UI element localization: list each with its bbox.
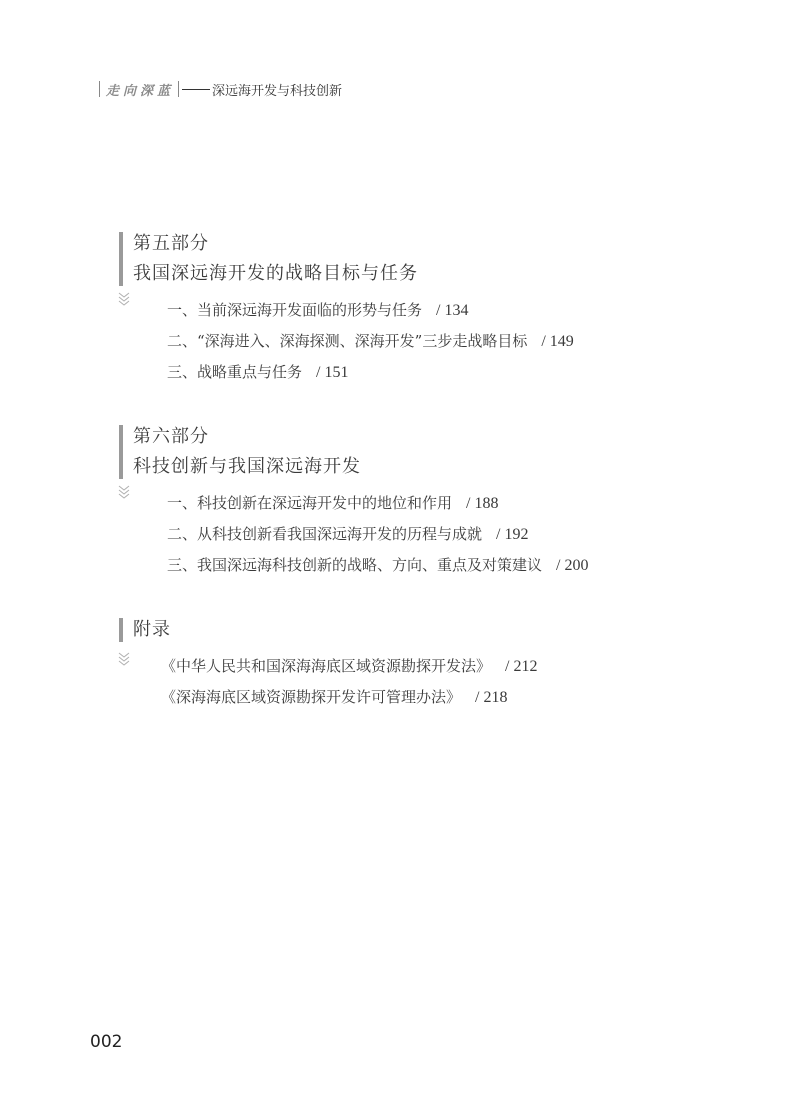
section-marker-bar bbox=[119, 232, 123, 286]
part-title: 我国深远海开发的战略目标与任务 bbox=[133, 259, 574, 289]
toc-entry[interactable]: 《中华人民共和国深海海底区域资源勘探开发法》/ 212 bbox=[161, 651, 537, 682]
header-dash bbox=[182, 89, 210, 90]
entry-page: / 151 bbox=[316, 364, 348, 381]
section-marker-bar bbox=[119, 425, 123, 479]
entry-page: / 200 bbox=[556, 557, 588, 574]
part-label: 附录 bbox=[133, 615, 537, 645]
entry-title: 一、当前深远海开发面临的形势与任务 bbox=[167, 301, 422, 319]
toc-entry[interactable]: 一、科技创新在深远海开发中的地位和作用/ 188 bbox=[167, 488, 588, 519]
section-heading: 第五部分 我国深远海开发的战略目标与任务 bbox=[119, 229, 574, 289]
toc-entry[interactable]: 一、当前深远海开发面临的形势与任务/ 134 bbox=[167, 295, 574, 326]
entry-title: 二、从科技创新看我国深远海开发的历程与成就 bbox=[167, 525, 482, 543]
entry-page: / 188 bbox=[466, 495, 498, 512]
part-title: 科技创新与我国深远海开发 bbox=[133, 452, 588, 482]
entry-page: / 192 bbox=[496, 526, 528, 543]
part-label: 第六部分 bbox=[133, 422, 588, 452]
toc-entries: 《中华人民共和国深海海底区域资源勘探开发法》/ 212 《深海海底区域资源勘探开… bbox=[119, 651, 537, 713]
header-divider-right bbox=[178, 81, 179, 97]
section-heading: 第六部分 科技创新与我国深远海开发 bbox=[119, 422, 588, 482]
entry-title: 一、科技创新在深远海开发中的地位和作用 bbox=[167, 494, 452, 512]
page-number: 002 bbox=[90, 1032, 122, 1052]
entry-page: / 212 bbox=[505, 658, 537, 675]
toc-entry[interactable]: 《深海海底区域资源勘探开发许可管理办法》/ 218 bbox=[161, 682, 537, 713]
entry-title: 《中华人民共和国深海海底区域资源勘探开发法》 bbox=[161, 657, 491, 675]
entry-title: 三、战略重点与任务 bbox=[167, 363, 302, 381]
toc-entry[interactable]: 二、从科技创新看我国深远海开发的历程与成就/ 192 bbox=[167, 519, 588, 550]
entry-page: / 149 bbox=[541, 333, 573, 350]
toc-section-appendix: 附录 《中华人民共和国深海海底区域资源勘探开发法》/ 212 《深海海底区域资源… bbox=[119, 615, 537, 713]
series-title: 走向深蓝 bbox=[100, 80, 178, 99]
toc-entry[interactable]: 二、“深海进入、深海探测、深海开发”三步走战略目标/ 149 bbox=[167, 326, 574, 357]
part-label: 第五部分 bbox=[133, 229, 574, 259]
entry-title: 三、我国深远海科技创新的战略、方向、重点及对策建议 bbox=[167, 556, 542, 574]
entry-title: 二、“深海进入、深海探测、深海开发”三步走战略目标 bbox=[167, 332, 527, 350]
section-marker-bar bbox=[119, 618, 123, 642]
section-heading: 附录 bbox=[119, 615, 537, 645]
toc-entry[interactable]: 三、我国深远海科技创新的战略、方向、重点及对策建议/ 200 bbox=[167, 550, 588, 581]
entry-page: / 218 bbox=[475, 689, 507, 706]
entry-page: / 134 bbox=[436, 302, 468, 319]
running-header: 走向深蓝 深远海开发与科技创新 bbox=[99, 78, 342, 100]
toc-section-part-5: 第五部分 我国深远海开发的战略目标与任务 一、当前深远海开发面临的形势与任务/ … bbox=[119, 229, 574, 388]
toc-entries: 一、科技创新在深远海开发中的地位和作用/ 188 二、从科技创新看我国深远海开发… bbox=[119, 488, 588, 581]
book-subtitle: 深远海开发与科技创新 bbox=[212, 80, 342, 99]
toc-entry[interactable]: 三、战略重点与任务/ 151 bbox=[167, 357, 574, 388]
entry-title: 《深海海底区域资源勘探开发许可管理办法》 bbox=[161, 688, 461, 706]
toc-entries: 一、当前深远海开发面临的形势与任务/ 134 二、“深海进入、深海探测、深海开发… bbox=[119, 295, 574, 388]
toc-section-part-6: 第六部分 科技创新与我国深远海开发 一、科技创新在深远海开发中的地位和作用/ 1… bbox=[119, 422, 588, 581]
